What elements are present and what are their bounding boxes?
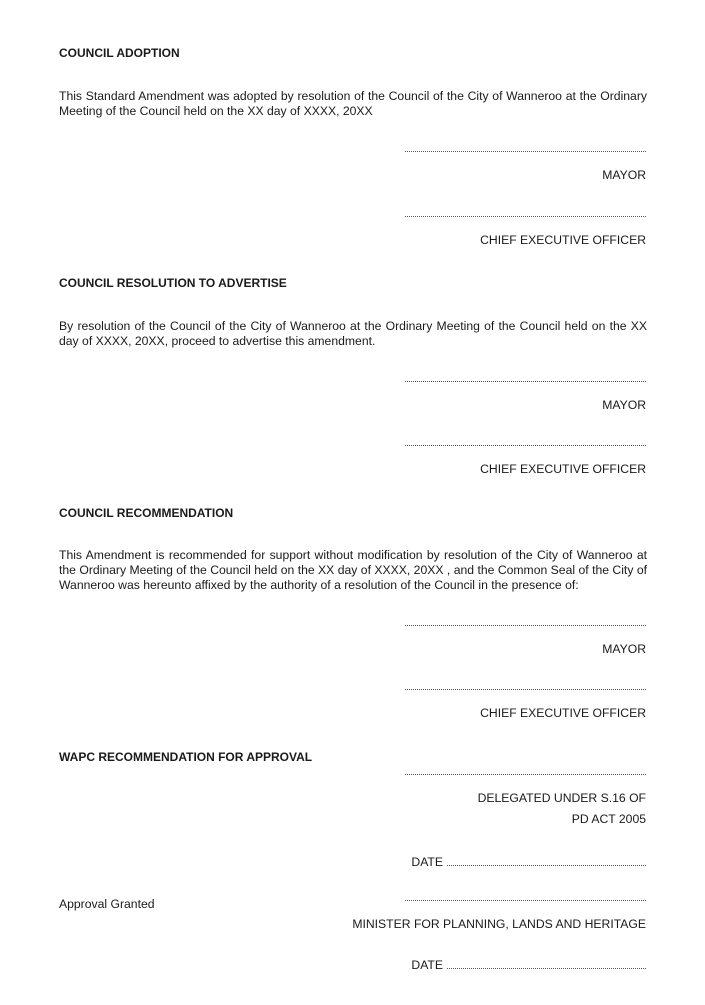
date-label: DATE xyxy=(411,958,443,972)
date-line[interactable] xyxy=(447,855,646,866)
section-heading-council-adoption: COUNCIL ADOPTION xyxy=(59,46,180,60)
council-adoption-text: This Standard Amendment was adopted by r… xyxy=(59,89,647,119)
date-label: DATE xyxy=(411,855,443,869)
council-recommendation-text: This Amendment is recommended for suppor… xyxy=(59,548,647,593)
mayor-signature-line[interactable] xyxy=(405,624,646,626)
ceo-signature-line[interactable] xyxy=(405,444,646,446)
mayor-signature-line[interactable] xyxy=(405,380,646,382)
mayor-label: MAYOR xyxy=(602,642,646,656)
approval-granted-label: Approval Granted xyxy=(59,897,155,911)
minister-date-field[interactable]: DATE xyxy=(411,958,646,972)
ceo-label: CHIEF EXECUTIVE OFFICER xyxy=(480,706,646,720)
section-heading-resolution-to-advertise: COUNCIL RESOLUTION TO ADVERTISE xyxy=(59,276,287,290)
wapc-date-field[interactable]: DATE xyxy=(411,855,646,869)
mayor-signature-line[interactable] xyxy=(405,150,646,152)
ceo-label: CHIEF EXECUTIVE OFFICER xyxy=(480,462,646,476)
section-heading-wapc-recommendation: WAPC RECOMMENDATION FOR APPROVAL xyxy=(59,750,312,764)
wapc-signature-line[interactable] xyxy=(405,773,646,775)
ceo-signature-line[interactable] xyxy=(405,215,646,217)
delegated-label-line1: DELEGATED UNDER S.16 OF xyxy=(478,791,646,805)
ceo-label: CHIEF EXECUTIVE OFFICER xyxy=(480,233,646,247)
minister-signature-line[interactable] xyxy=(405,899,646,901)
section-heading-council-recommendation: COUNCIL RECOMMENDATION xyxy=(59,506,233,520)
mayor-label: MAYOR xyxy=(602,168,646,182)
mayor-label: MAYOR xyxy=(602,398,646,412)
ceo-signature-line[interactable] xyxy=(405,688,646,690)
resolution-to-advertise-text: By resolution of the Council of the City… xyxy=(59,319,647,349)
minister-label: MINISTER FOR PLANNING, LANDS AND HERITAG… xyxy=(352,917,646,931)
delegated-label-line2: PD ACT 2005 xyxy=(572,812,646,826)
date-line[interactable] xyxy=(447,958,646,969)
